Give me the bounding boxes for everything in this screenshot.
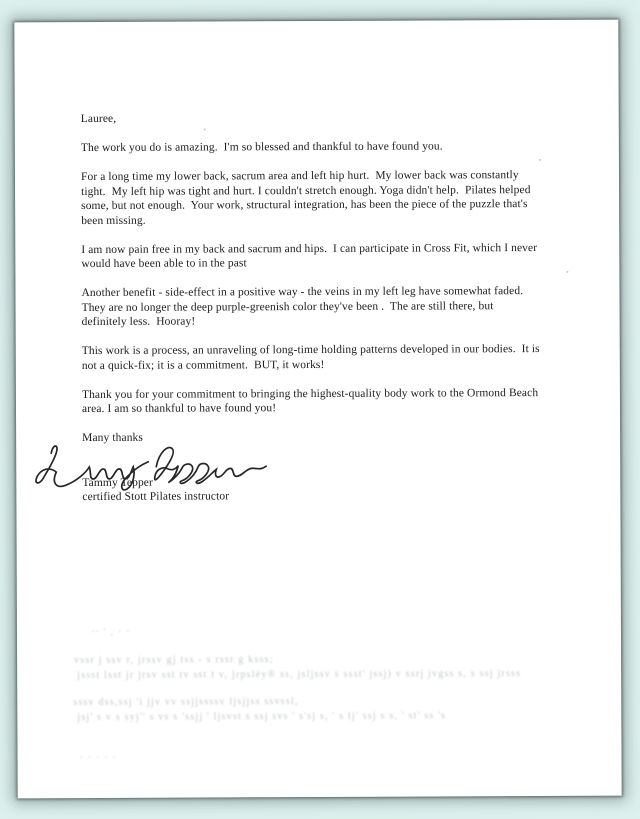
paragraph-3: I am now pain free in my back and sacrum… (81, 240, 596, 271)
paragraph-1: The work you do is amazing. I'm so bless… (81, 139, 596, 156)
paragraph-2: For a long time my lower back, sacrum ar… (81, 168, 596, 228)
signature-area (82, 443, 597, 475)
letter-body: Lauree, The work you do is amazing. I'm … (81, 110, 598, 505)
scan-speck (539, 159, 541, 161)
paragraph-6: Thank you for your commitment to bringin… (82, 385, 597, 416)
bleedthrough-line: sssv dss,ssj 'i jjv vv ssjjssssv ljsjjss… (73, 696, 298, 708)
bleedthrough-line: ·· ' , · · (91, 627, 131, 638)
paragraph-5: This work is a process, an unraveling of… (82, 342, 597, 373)
bleedthrough-line: jsj' s v s syj'' s vs s 'ssjj ' ljsvst s… (77, 710, 446, 723)
scan-speck (204, 128, 206, 130)
bleedthrough-line: · · · · · (79, 753, 117, 764)
letter-page: Lauree, The work you do is amazing. I'm … (14, 20, 621, 799)
handwritten-signature (32, 437, 267, 493)
scan-speck (566, 271, 568, 273)
paragraph-4: Another benefit - side-effect in a posit… (81, 284, 596, 330)
bleedthrough-line: jssst lsst jr jrsv sst tv sst t v, jrpsl… (77, 668, 521, 681)
bleedthrough-line: vssr j ssv r, jrssv gj tss - s rssr g ks… (74, 654, 274, 666)
greeting: Lauree, (81, 110, 596, 127)
